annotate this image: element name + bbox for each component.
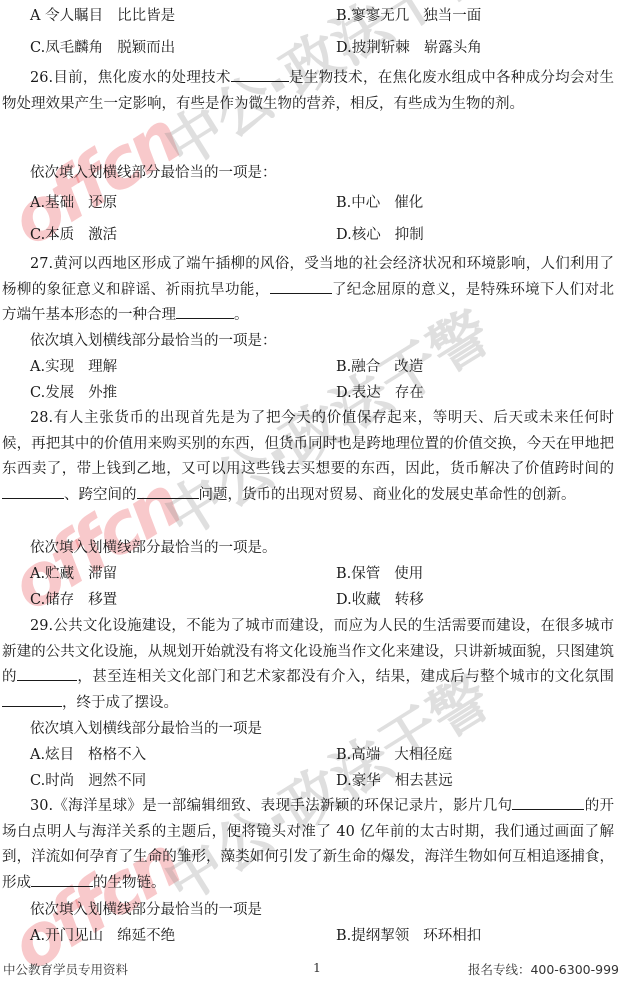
option-b: B.融合改造 bbox=[336, 357, 423, 377]
document-page: offcn 中公·政法干警 offcn 中公·政法干警 offcn 中公·政法干… bbox=[0, 0, 631, 987]
option-b: B.高端大相径庭 bbox=[336, 745, 452, 765]
footer-hotline: 报名专线：400-6300-999 bbox=[468, 960, 619, 978]
question-29-prompt: 依次填入划横线部分最恰当的一项是 bbox=[30, 719, 262, 739]
option-d: D.豪华相去甚远 bbox=[336, 771, 453, 791]
question-27-prompt: 依次填入划横线部分最恰当的一项是： bbox=[30, 331, 277, 351]
answer-blank bbox=[270, 279, 332, 294]
question-28-prompt: 依次填入划横线部分最恰当的一项是。 bbox=[30, 538, 277, 558]
answer-blank bbox=[31, 872, 93, 887]
answer-blank bbox=[2, 484, 64, 499]
option-a: A.实现理解 bbox=[30, 357, 117, 377]
option-d: D.收藏转移 bbox=[336, 590, 424, 610]
answer-blank bbox=[176, 304, 234, 319]
question-30-stem: 30.《海洋星球》是一部编辑细致、表现手法新颖的环保记录片，影片几句的开场白点明… bbox=[2, 794, 614, 896]
page-number: 1 bbox=[313, 960, 321, 975]
question-26-prompt: 依次填入划横线部分最恰当的一项是： bbox=[30, 163, 277, 183]
question-28-stem: 28.有人主张货币的出现首先是为了把今天的价值保存起来，等明天、后天或未来任何时… bbox=[2, 406, 614, 508]
option-d: D.核心抑制 bbox=[336, 225, 424, 245]
option-b: B.寥寥无几独当一面 bbox=[336, 6, 481, 26]
option-a: A.贮藏滞留 bbox=[30, 564, 117, 584]
question-29-stem: 29.公共文化设施建设，不能为了城市而建设，而应为人民的生活需要而建设，在很多城… bbox=[2, 614, 614, 716]
option-a: A 令人瞩目比比皆是 bbox=[30, 6, 175, 26]
option-a: A.基础还原 bbox=[30, 193, 117, 213]
option-a: A.炫目格格不入 bbox=[30, 745, 146, 765]
question-26-stem: 26.目前，焦化废水的处理技术是生物技术，在焦化废水组成中各种成分均会对生物处理… bbox=[2, 66, 614, 117]
footer-left-label: 中公教育学员专用资料 bbox=[3, 960, 128, 978]
option-b: B.保管使用 bbox=[336, 564, 423, 584]
answer-blank bbox=[17, 666, 77, 681]
option-c: C.本质激活 bbox=[30, 225, 117, 245]
answer-blank bbox=[231, 67, 289, 82]
answer-blank bbox=[137, 484, 199, 499]
question-27-stem: 27.黄河以西地区形成了端午插柳的风俗，受当地的社会经济状况和环境影响，人们利用… bbox=[2, 252, 614, 329]
question-30-prompt: 依次填入划横线部分最恰当的一项是 bbox=[30, 900, 262, 920]
option-c: C.凤毛麟角脱颖而出 bbox=[30, 38, 175, 58]
option-c: C.发展外推 bbox=[30, 383, 117, 403]
option-d: D.表达存在 bbox=[336, 383, 424, 403]
answer-blank bbox=[2, 692, 62, 707]
option-b: B.中心催化 bbox=[336, 193, 423, 213]
option-d: D.披荆斩棘崭露头角 bbox=[336, 38, 482, 58]
answer-blank bbox=[512, 795, 584, 810]
option-c: C.储存移置 bbox=[30, 590, 117, 610]
option-b: B.提纲挈领环环相扣 bbox=[336, 926, 481, 946]
option-c: C.时尚迥然不同 bbox=[30, 771, 146, 791]
option-a: A.开门见山绵延不绝 bbox=[30, 926, 175, 946]
